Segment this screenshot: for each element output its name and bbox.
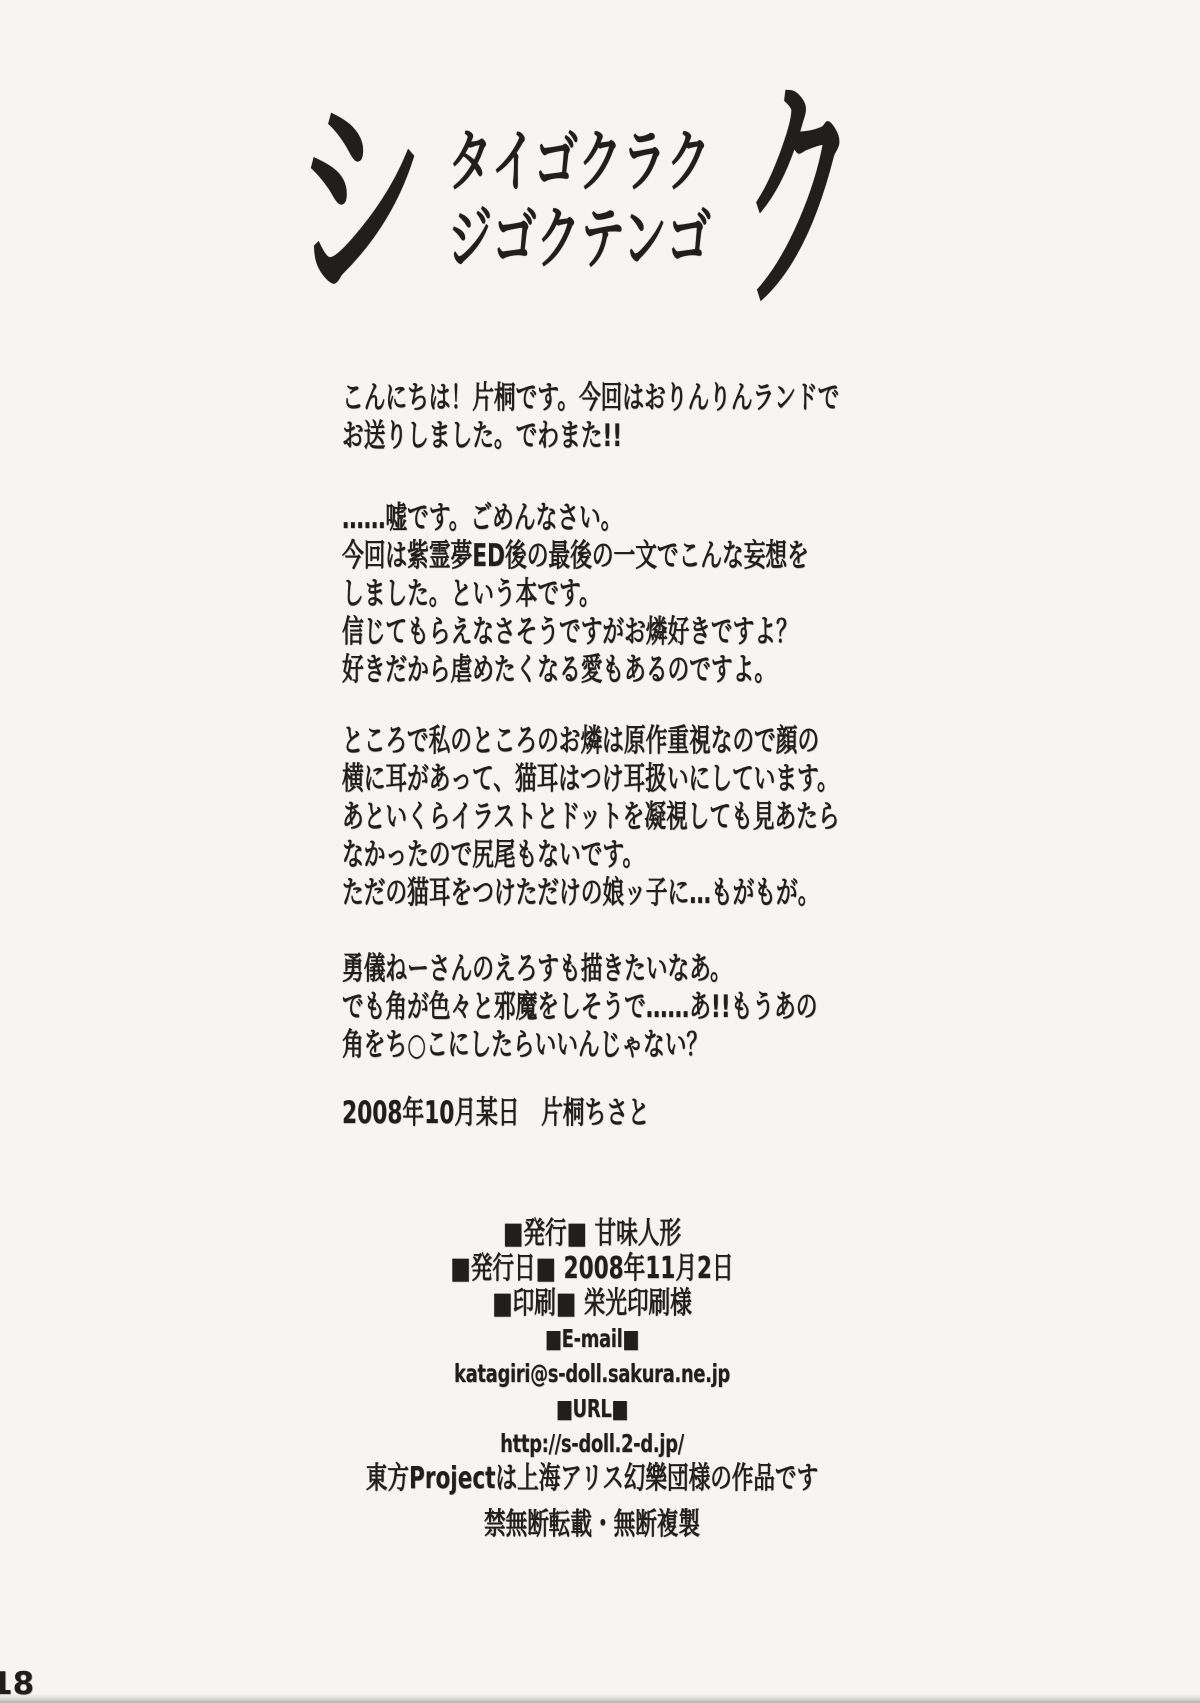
colophon-line: ■発行日■ 2008年11月2日 xyxy=(160,1251,1024,1286)
text-line: 勇儀ねーさんのえろすも描きたいなあ。 xyxy=(342,950,817,988)
afterword-paragraph: ……嘘です。ごめんなさい。今回は紫霊夢ED後の最後の一文でこんな妄想をしました。… xyxy=(342,499,809,689)
colophon-line: ■E-mail■ xyxy=(160,1321,1024,1356)
date-signature-line: 2008年10月某日 片桐ちさと xyxy=(342,1094,650,1132)
colophon-line: http://s-doll.2-d.jp/ xyxy=(160,1426,1024,1461)
scan-bottom-edge xyxy=(0,1694,1200,1703)
afterword-paragraph: ところで私のところのお燐は原作重視なので顔の横に耳があって、猫耳はつけ耳扱いにし… xyxy=(342,722,840,912)
colophon-lines: ■発行■ 甘味人形■発行日■ 2008年11月2日■印刷■ 栄光印刷様■E-ma… xyxy=(160,1216,1024,1496)
afterword-paragraph: 勇儀ねーさんのえろすも描きたいなあ。でも角が色々と邪魔をしそうで……あ!!もうあ… xyxy=(342,950,817,1064)
text-line: あといくらイラストとドットを凝視しても見あたら xyxy=(342,798,840,836)
text-line: 好きだから虐めたくなる愛もあるのですよ。 xyxy=(342,651,809,689)
text-line: ところで私のところのお燐は原作重視なので顔の xyxy=(342,722,840,760)
text-line: お送りしました。でわまた!! xyxy=(342,417,839,455)
text-line: 信じてもらえなさそうですがお燐好きですよ？ xyxy=(342,613,809,651)
text-line: でも角が色々と邪魔をしそうで……あ!!もうあの xyxy=(342,988,817,1026)
text-line: しました。という本です。 xyxy=(342,575,809,613)
colophon-line: katagiri@s-doll.sakura.ne.jp xyxy=(160,1356,1024,1391)
scanned-afterword-page: シ タイゴクラク ジゴクテンゴ ク 勇儀ねーさんのえろすも描きたいなあ。でも角が… xyxy=(0,0,1200,1703)
text-line: こんにちは！片桐です。今回はおりんりんランドで xyxy=(342,379,839,417)
colophon-line: ■発行■ 甘味人形 xyxy=(160,1216,1024,1251)
afterword-paragraph: こんにちは！片桐です。今回はおりんりんランドでお送りしました。でわまた!! xyxy=(342,379,839,455)
text-line: ただの猫耳をつけただけの娘ッ子に…もがもが。 xyxy=(342,874,840,912)
colophon-line: 東方Projectは上海アリス幻樂団様の作品です xyxy=(160,1461,1024,1496)
text-line: ……嘘です。ごめんなさい。 xyxy=(342,499,809,537)
text-line: なかったので尻尾もないです。 xyxy=(342,836,840,874)
text-line: 角をち○こにしたらいいんじゃない？ xyxy=(342,1026,817,1064)
copyright-notice: 禁無断転載・無断複製 xyxy=(160,1507,1024,1542)
colophon-block: ■発行■ 甘味人形■発行日■ 2008年11月2日■印刷■ 栄光印刷様■E-ma… xyxy=(160,1216,1024,1542)
colophon-line: ■印刷■ 栄光印刷様 xyxy=(160,1286,1024,1321)
text-line: 横に耳があって、猫耳はつけ耳扱いにしています。 xyxy=(342,760,840,798)
colophon-line: ■URL■ xyxy=(160,1391,1024,1426)
text-line: 今回は紫霊夢ED後の最後の一文でこんな妄想を xyxy=(342,537,809,575)
